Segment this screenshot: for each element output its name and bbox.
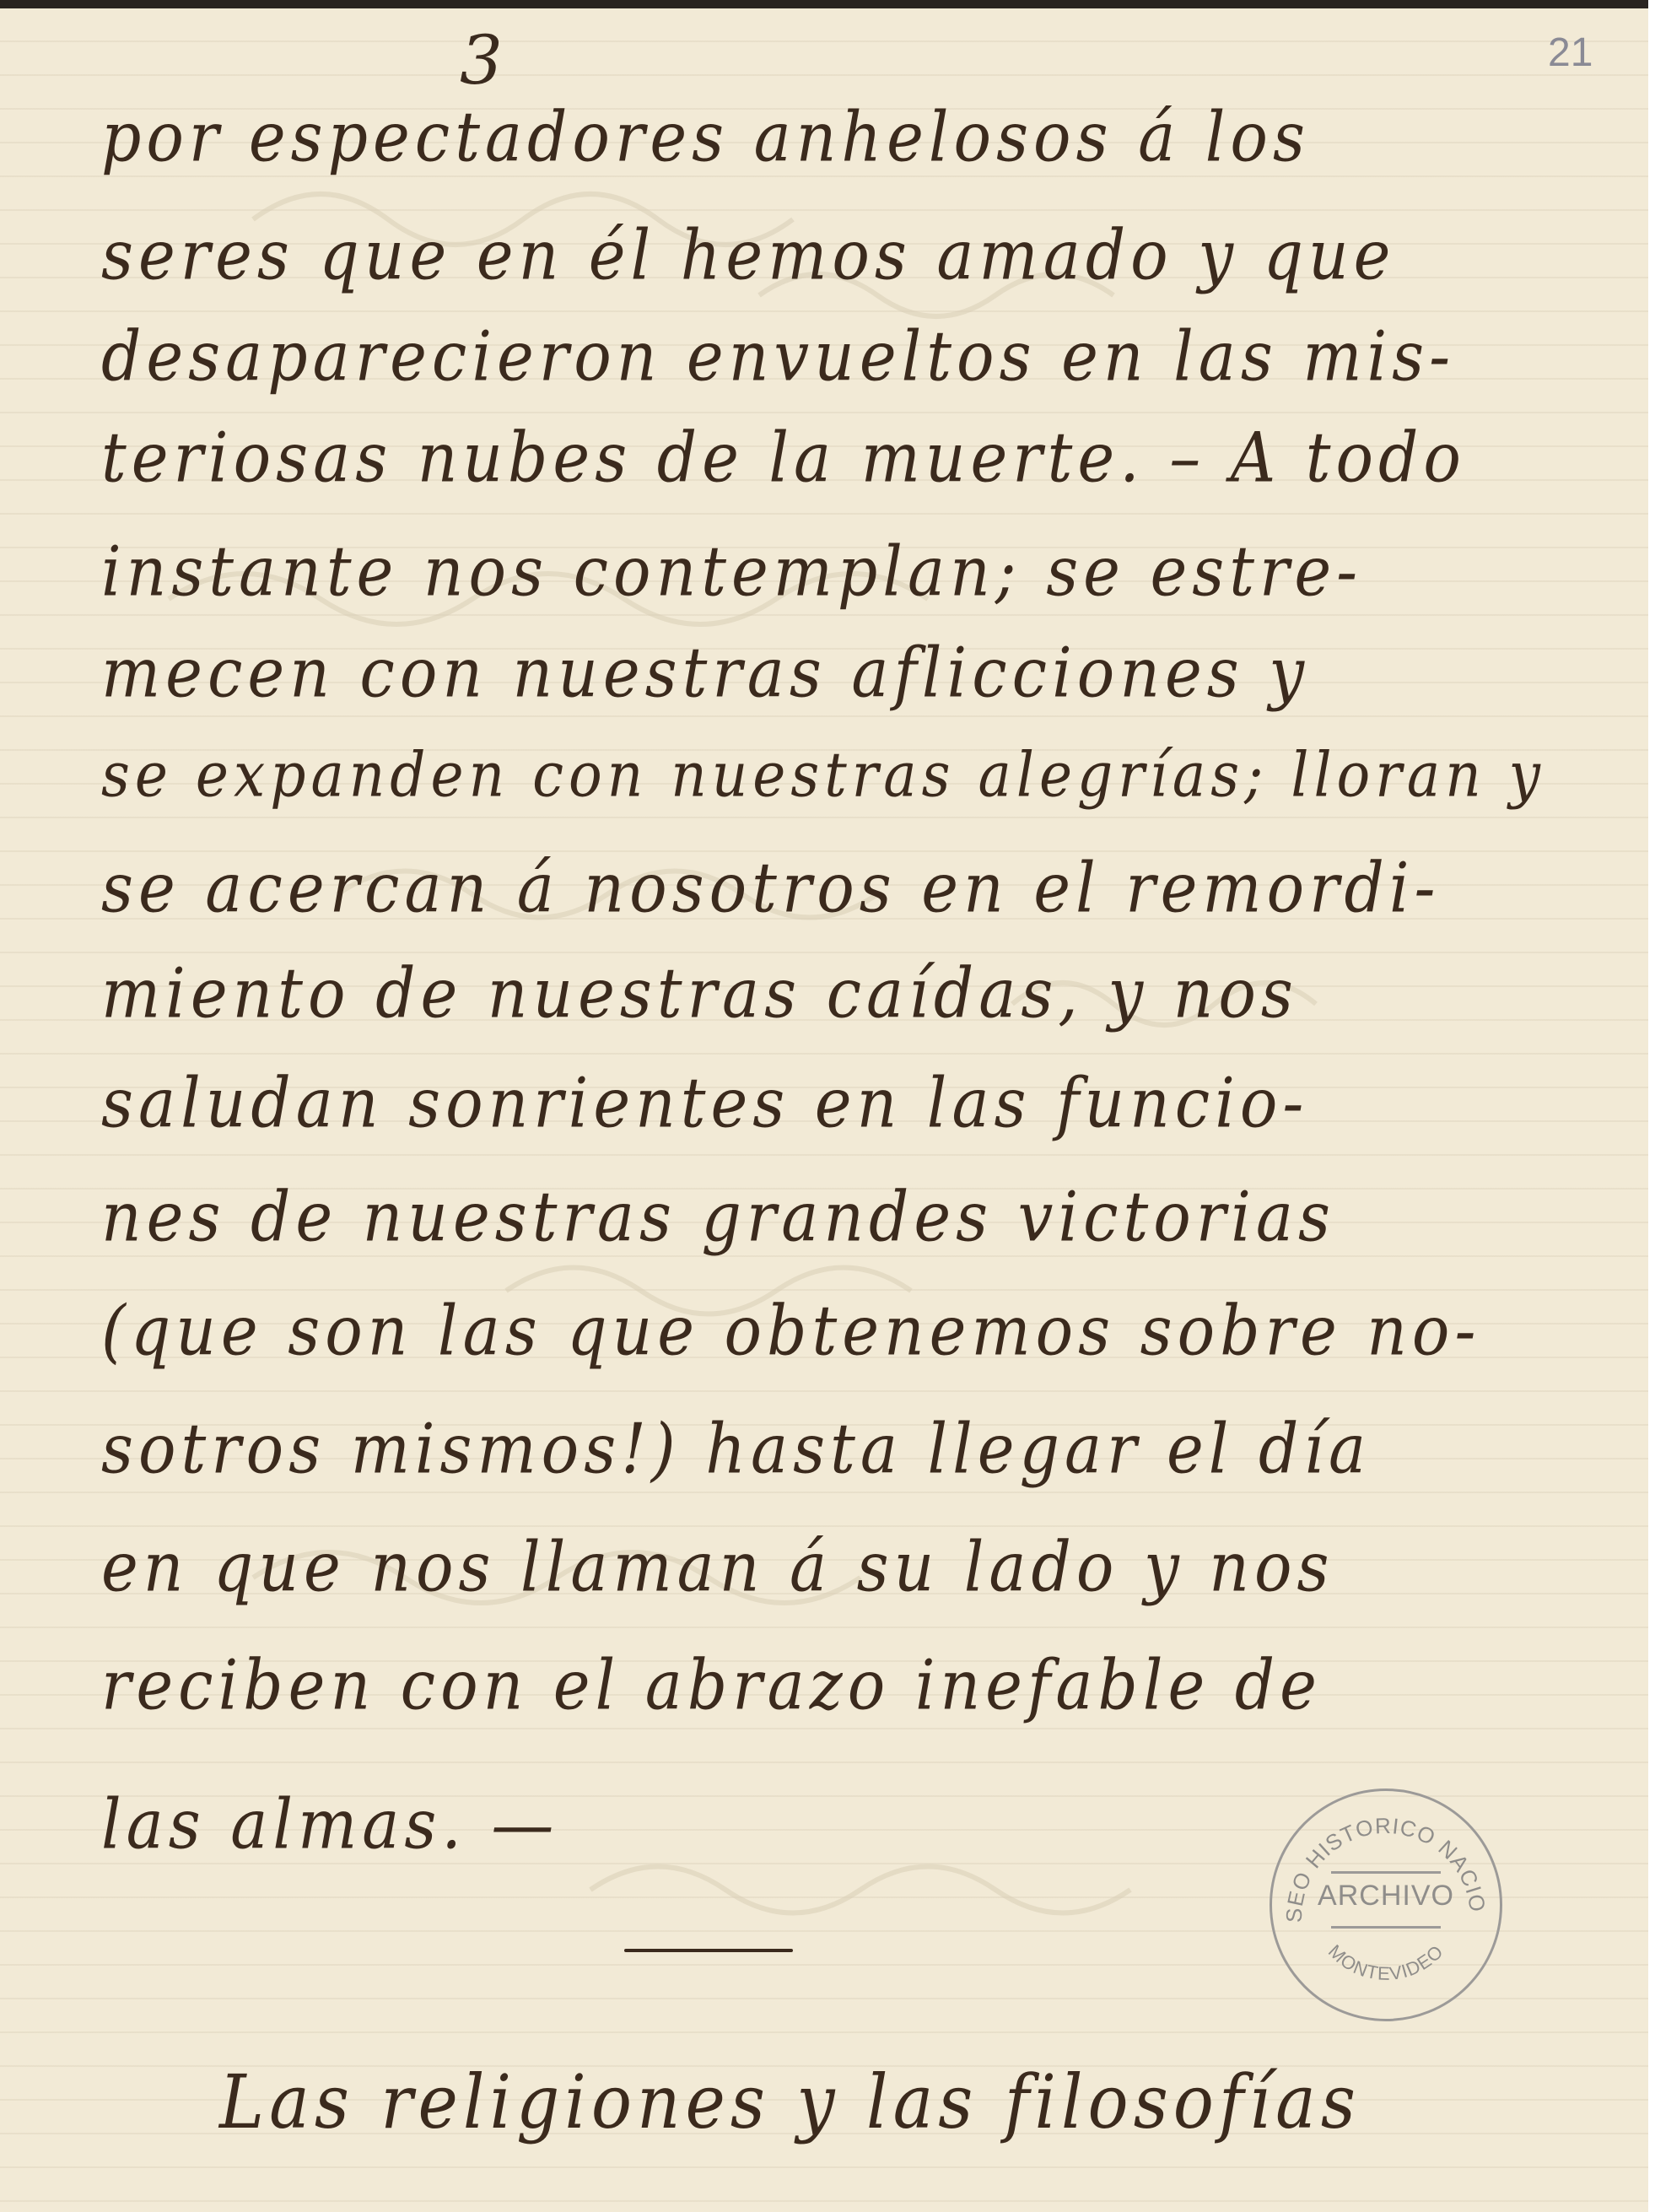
text-line: se acercan á nosotros en el remordi- — [101, 849, 1441, 929]
stamp-rule — [1331, 1926, 1441, 1929]
text-line: desaparecieron envueltos en las mis- — [101, 317, 1455, 397]
stamp-center-text: ARCHIVO — [1272, 1880, 1500, 1913]
page-number: 3 — [460, 21, 503, 100]
text-line: nes de nuestras grandes victorias — [101, 1178, 1335, 1258]
text-line: saludan sonrientes en las funcio- — [101, 1064, 1308, 1144]
text-line: reciben con el abrazo inefable de — [101, 1646, 1322, 1726]
text-line: las almas. — — [101, 1785, 558, 1865]
text-line: seres que en él hemos amado y que — [101, 216, 1395, 296]
text-line: mecen con nuestras aflicciones y — [101, 634, 1309, 714]
text-line: por espectadores anhelosos á los — [101, 98, 1310, 178]
manuscript-page: 3 21 por espectadores anhelosos á los se… — [0, 8, 1648, 2212]
text-line: (que son las que obtenemos sobre no- — [101, 1292, 1480, 1372]
text-line: en que nos llaman á su lado y nos — [101, 1528, 1334, 1608]
text-line: se expanden con nuestras alegrías; llora… — [101, 739, 1545, 811]
folio-number: 21 — [1548, 30, 1593, 76]
text-line: instante nos contemplan; se estre- — [101, 532, 1362, 612]
text-line: Las religiones y las filosofías — [219, 2058, 1361, 2145]
archive-stamp: MUSEO HISTORICO NACIONAL MONTEVIDEO ARCH… — [1270, 1788, 1502, 2021]
text-line: miento de nuestras caídas, y nos — [101, 954, 1298, 1034]
text-line: sotros mismos!) hasta llegar el día — [101, 1410, 1371, 1490]
scan-right-edge — [1648, 0, 1655, 2212]
svg-text:MONTEVIDEO: MONTEVIDEO — [1324, 1940, 1447, 1984]
stamp-rule — [1331, 1871, 1441, 1874]
section-divider — [624, 1949, 793, 1952]
scan-top-edge — [0, 0, 1655, 8]
text-line: teriosas nubes de la muerte. – A todo — [101, 418, 1466, 499]
